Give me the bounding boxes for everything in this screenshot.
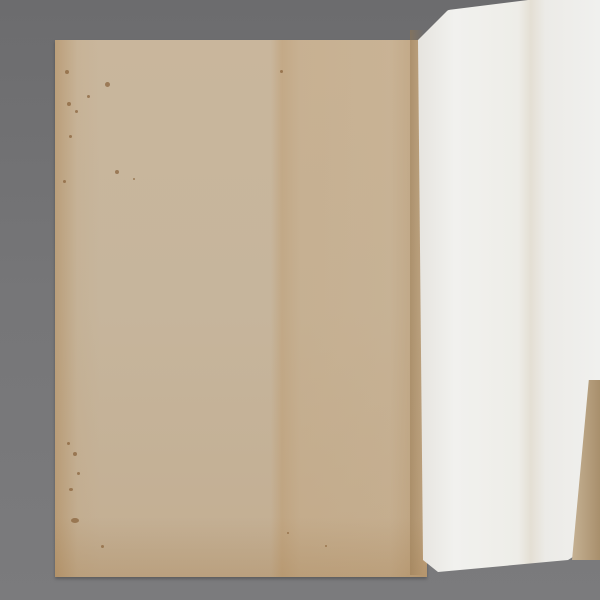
- foxing-spot: [101, 545, 104, 548]
- foxing-spot: [280, 70, 283, 73]
- foxing-spot: [77, 472, 80, 475]
- foxing-spot: [105, 82, 110, 87]
- foxing-spot: [325, 545, 327, 547]
- foxing-spot: [67, 102, 71, 106]
- photo-scene: [0, 0, 600, 600]
- right-curled-page: [418, 0, 600, 572]
- foxing-spot: [287, 532, 289, 534]
- foxing-spot: [69, 488, 73, 491]
- foxing-spot: [75, 110, 78, 113]
- foxing-spot: [87, 95, 90, 98]
- foxing-spot: [133, 178, 135, 180]
- foxing-spot: [69, 135, 72, 138]
- foxing-spot: [67, 442, 70, 445]
- foxing-spot: [115, 170, 119, 174]
- foxing-spot: [71, 518, 79, 523]
- foxing-spot: [73, 452, 77, 456]
- left-aged-page: [55, 40, 427, 577]
- foxing-spot: [63, 180, 66, 183]
- foxing-spot: [65, 70, 69, 74]
